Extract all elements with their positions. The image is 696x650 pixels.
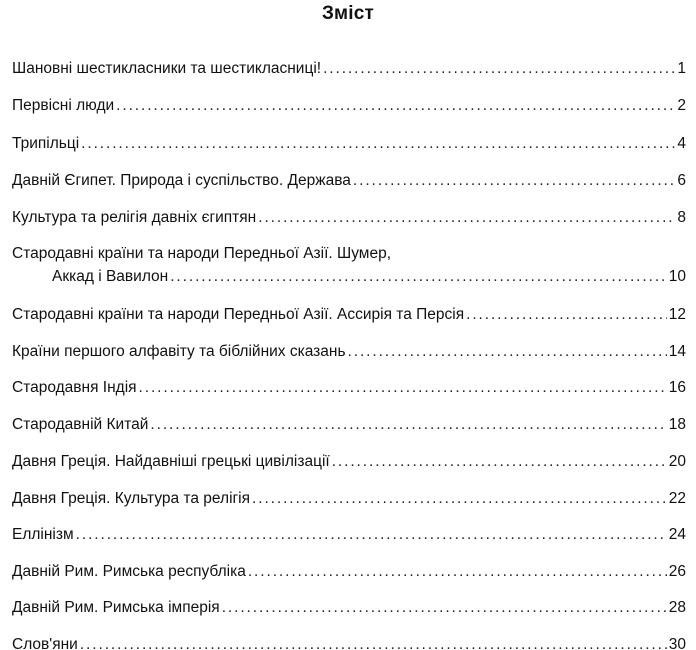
dot-leader xyxy=(139,378,667,398)
toc-entry[interactable]: Шановні шестикласники та шестикласниці!1 xyxy=(12,59,686,79)
dot-leader xyxy=(258,208,675,228)
dot-leader xyxy=(353,171,675,191)
toc-entry-title: Давня Греція. Найдавніші грецькі цивіліз… xyxy=(12,452,330,472)
toc-entry-title: Слов'яни xyxy=(12,635,78,650)
dot-leader xyxy=(466,305,667,325)
toc-entry-page: 30 xyxy=(669,635,686,650)
toc-entry-page: 28 xyxy=(669,598,686,618)
toc-entry-page: 20 xyxy=(669,452,686,472)
toc-entry[interactable]: Давній Рим. Римська республіка26 xyxy=(12,562,686,582)
dot-leader xyxy=(150,415,666,435)
toc-entry-title-line1: Стародавні країни та народи Передньої Аз… xyxy=(12,244,686,264)
toc-entry-title: Шановні шестикласники та шестикласниці! xyxy=(12,59,321,79)
toc-entry-title: Первісні люди xyxy=(12,96,114,116)
toc-entry[interactable]: Трипільці4 xyxy=(12,134,686,154)
toc-entry-title: Давній Рим. Римська імперія xyxy=(12,598,220,618)
toc-entry-page: 2 xyxy=(677,96,686,116)
toc-entry-title: Давній Єгипет. Природа і суспільство. Де… xyxy=(12,171,351,191)
toc-entry-page: 12 xyxy=(669,305,686,325)
toc-entry[interactable]: Давня Греція. Культура та релігія22 xyxy=(12,489,686,509)
toc-entry-page: 6 xyxy=(677,171,686,191)
toc-entry-title: Давній Рим. Римська республіка xyxy=(12,562,246,582)
dot-leader xyxy=(348,342,667,362)
toc-entry[interactable]: Стародавні країни та народи Передньої Аз… xyxy=(12,305,686,325)
toc-entry-title: Трипільці xyxy=(12,134,79,154)
toc-entry-page: 18 xyxy=(669,415,686,435)
toc-entry-title: Стародавня Індія xyxy=(12,378,137,398)
toc-entry-page: 10 xyxy=(669,267,686,287)
dot-leader xyxy=(76,525,667,545)
toc-entry[interactable]: Стародавній Китай18 xyxy=(12,415,686,435)
dot-leader xyxy=(323,59,675,79)
toc-entry-title: Еллінізм xyxy=(12,525,74,545)
toc-entry-page: 26 xyxy=(669,562,686,582)
toc-entry[interactable]: Стародавня Індія16 xyxy=(12,378,686,398)
dot-leader xyxy=(81,134,675,154)
dot-leader xyxy=(222,598,667,618)
toc-entry-page: 24 xyxy=(669,525,686,545)
toc-entry[interactable]: Первісні люди2 xyxy=(12,96,686,116)
page-title: Зміст xyxy=(0,3,696,25)
dot-leader xyxy=(252,489,667,509)
toc-entry-title: Давня Греція. Культура та релігія xyxy=(12,489,250,509)
toc-entry-page: 4 xyxy=(677,134,686,154)
toc-entry-page: 22 xyxy=(669,489,686,509)
toc-entry[interactable]: Давній Рим. Римська імперія28 xyxy=(12,598,686,618)
toc-entry[interactable]: Культура та релігія давніх єгиптян8 xyxy=(12,208,686,228)
dot-leader xyxy=(332,452,667,472)
toc-entry[interactable]: Давня Греція. Найдавніші грецькі цивіліз… xyxy=(12,452,686,472)
toc-entry-title: Аккад і Вавилон xyxy=(52,267,168,287)
toc-entry[interactable]: Еллінізм24 xyxy=(12,525,686,545)
toc-entry[interactable]: Країни першого алфавіту та біблійних ска… xyxy=(12,342,686,362)
toc-entry-title: Стародавні країни та народи Передньої Аз… xyxy=(12,305,464,325)
toc-entry-page: 8 xyxy=(677,208,686,228)
dot-leader xyxy=(248,562,667,582)
toc-entry[interactable]: Слов'яни30 xyxy=(12,635,686,650)
dot-leader xyxy=(80,635,667,650)
toc-entry-title: Культура та релігія давніх єгиптян xyxy=(12,208,256,228)
dot-leader xyxy=(116,96,675,116)
toc-entry-title: Стародавній Китай xyxy=(12,415,148,435)
toc-entry-page: 1 xyxy=(677,59,686,79)
toc-entry[interactable]: Давній Єгипет. Природа і суспільство. Де… xyxy=(12,171,686,191)
toc-entry[interactable]: Стародавні країни та народи Передньої Аз… xyxy=(12,244,686,287)
toc-entry-page: 16 xyxy=(669,378,686,398)
dot-leader xyxy=(170,267,667,287)
toc-entry-title: Країни першого алфавіту та біблійних ска… xyxy=(12,342,346,362)
toc-entry-page: 14 xyxy=(669,342,686,362)
